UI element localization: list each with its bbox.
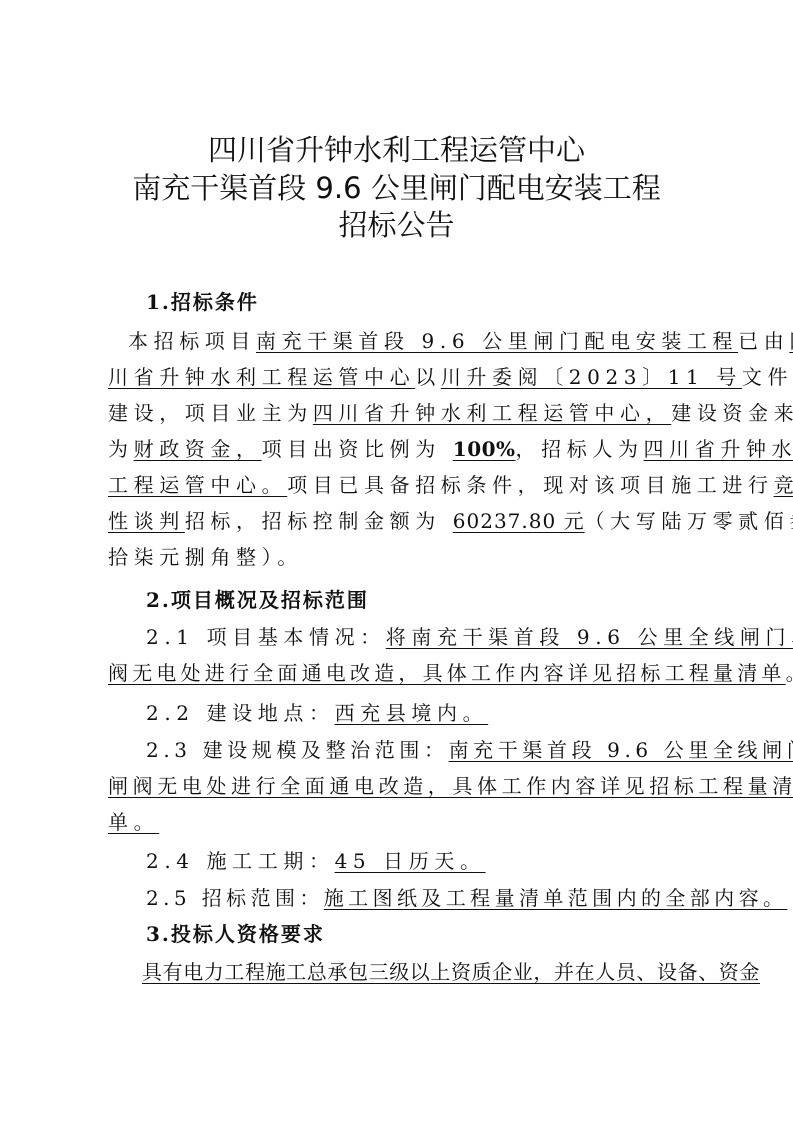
item-value: 将南充干渠首段 9.6 公里全线闸门、闸 <box>386 625 793 649</box>
item-label: 2.1 项目基本情况： <box>146 625 386 649</box>
text: 招标，招标控制金额为 <box>185 509 453 533</box>
approver-name: 四 <box>789 329 793 353</box>
section-2-3-line-3: 单。 <box>108 808 698 836</box>
item-value: 南充干渠首段 9.6 公里全线闸门、 <box>449 738 793 762</box>
title-line-2: 南充干渠首段 9.6 公里闸门配电安装工程 <box>0 170 793 206</box>
section-2-heading: 2.项目概况及招标范围 <box>146 586 736 614</box>
section-1-line-5: 工程运管中心。项目已具备招标条件，现对该项目施工进行竞争 <box>108 471 698 499</box>
qualification-requirement: 具有电力工程施工总承包三级以上资质企业，并在人员、设备、资金 <box>142 960 760 984</box>
section-2-3-line-2: 闸阀无电处进行全面通电改造，具体工作内容详见招标工程量清 <box>108 772 698 800</box>
section-1-line-1: 本招标项目南充干渠首段 9.6 公里闸门配电安装工程已由四 <box>128 327 718 355</box>
construction-period: 45 日历天。 <box>335 849 486 873</box>
section-2-2: 2.2 建设地点：西充县境内。 <box>146 699 736 727</box>
item-value: 单。 <box>108 810 159 834</box>
section-1-heading: 1.招标条件 <box>146 288 736 316</box>
approver-name: 川省升钟水利工程运管中心 <box>108 365 415 389</box>
item-label: 2.5 招标范围： <box>146 886 324 910</box>
item-label: 2.2 建设地点： <box>146 701 335 725</box>
text: 项目出资比例为 <box>262 437 453 461</box>
section-2-1-line-1: 2.1 项目基本情况：将南充干渠首段 9.6 公里全线闸门、闸 <box>146 623 736 651</box>
document-number: 川升委阅〔2023〕11 号 <box>441 365 742 389</box>
section-2-5: 2.5 招标范围：施工图纸及工程量清单范围内的全部内容。 <box>146 884 736 912</box>
section-3-heading: 3.投标人资格要求 <box>146 920 736 948</box>
amount-in-words: 拾柒元捌角整）。 <box>108 545 303 569</box>
section-1-line-4: 为财政资金，项目出资比例为 100%，招标人为四川省升钟水利 <box>108 435 698 463</box>
text: 已由 <box>738 329 789 353</box>
text: 文件批准 <box>742 365 793 389</box>
section-1-line-2: 川省升钟水利工程运管中心以川升委阅〔2023〕11 号文件批准 <box>108 363 698 391</box>
project-owner: 四川省升钟水利工程运管中心， <box>313 401 671 425</box>
section-2-4: 2.4 施工工期：45 日历天。 <box>146 847 736 875</box>
section-2-1-line-2: 阀无电处进行全面通电改造，具体工作内容详见招标工程量清单。 <box>108 659 698 687</box>
section-1-line-7: 拾柒元捌角整）。 <box>108 543 698 571</box>
item-label: 2.3 建设规模及整治范围： <box>146 738 449 762</box>
text: 。 <box>786 661 793 685</box>
tender-scope: 施工图纸及工程量清单范围内的全部内容。 <box>324 886 788 910</box>
text: ，招标人为 <box>516 437 644 461</box>
section-1-line-3: 建设，项目业主为四川省升钟水利工程运管中心，建设资金来源 <box>108 399 698 427</box>
text: 项目已具备招标条件，现对该项目施工进行 <box>287 473 773 497</box>
section-3-line-1: 具有电力工程施工总承包三级以上资质企业，并在人员、设备、资金 <box>142 958 732 986</box>
text: 以 <box>415 365 441 389</box>
text: 建设，项目业主为 <box>108 401 313 425</box>
title-line-3: 招标公告 <box>0 207 793 243</box>
title-line-1: 四川省升钟水利工程运管中心 <box>0 132 793 168</box>
item-label: 2.4 施工工期： <box>146 849 335 873</box>
funding-ratio: 100% <box>453 437 516 461</box>
project-name: 南充干渠首段 9.6 公里闸门配电安装工程 <box>256 329 738 353</box>
control-amount: 60237.80 元 <box>453 509 585 533</box>
funding-source: 财政资金， <box>134 437 262 461</box>
tender-method: 性谈判 <box>108 509 185 533</box>
amount-in-words: （大写陆万零贰佰叁 <box>585 509 793 533</box>
section-2-3-line-1: 2.3 建设规模及整治范围：南充干渠首段 9.6 公里全线闸门、 <box>146 736 736 764</box>
item-value: 闸阀无电处进行全面通电改造，具体工作内容详见招标工程量清 <box>108 774 793 798</box>
tenderer-name: 工程运管中心。 <box>108 473 287 497</box>
item-value: 阀无电处进行全面通电改造，具体工作内容详见招标工程量清单 <box>108 661 786 685</box>
construction-location: 西充县境内。 <box>335 701 489 725</box>
text: 本招标项目 <box>128 329 256 353</box>
tender-method: 竞争 <box>774 473 793 497</box>
text: 建设资金来源 <box>671 401 793 425</box>
text: 为 <box>108 437 134 461</box>
section-1-line-6: 性谈判招标，招标控制金额为 60237.80 元（大写陆万零贰佰叁 <box>108 507 698 535</box>
tenderer-name: 四川省升钟水利 <box>644 437 793 461</box>
